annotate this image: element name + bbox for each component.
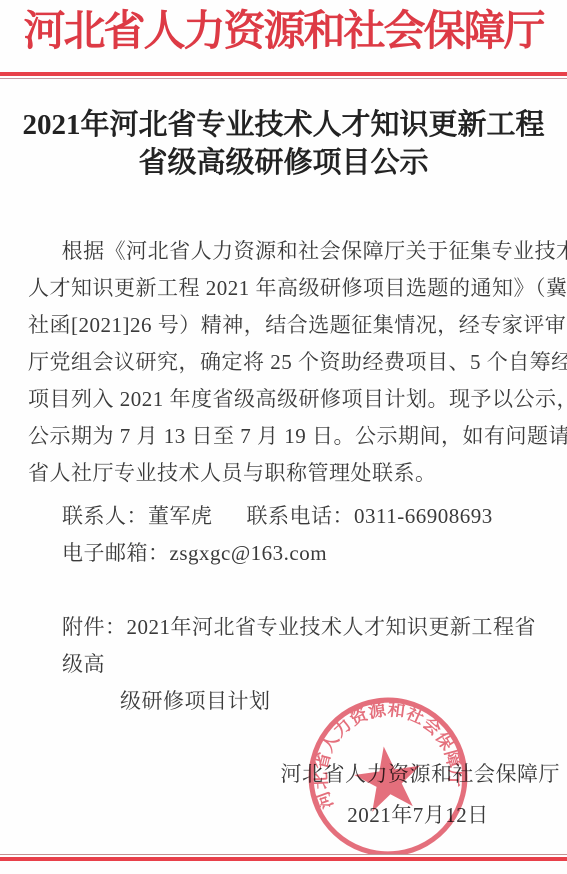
document-title: 2021年河北省专业技术人才知识更新工程 省级高级研修项目公示 — [0, 106, 567, 182]
body-line: 人才知识更新工程 2021 年高级研修项目选题的通知》（冀人 — [28, 270, 545, 307]
contact-phone-number: 0311-66908693 — [354, 504, 493, 528]
contact-person-label: 联系人： — [62, 504, 148, 528]
body-line: 根据《河北省人力资源和社会保障厅关于征集专业技术 — [28, 233, 545, 270]
announcement-document: 河北省人力资源和社会保障厅 2021年河北省专业技术人才知识更新工程 省级高级研… — [0, 0, 567, 874]
masthead-divider-rule — [0, 72, 567, 79]
attachment-block: 附件：2021年河北省专业技术人才知识更新工程省级高 级研修项目计划 — [62, 609, 545, 720]
attachment-line1: 附件：2021年河北省专业技术人才知识更新工程省级高 — [62, 609, 545, 683]
body-line: 社函[2021]26 号）精神，结合选题征集情况，经专家评审， — [28, 307, 545, 344]
body-line: 省人社厅专业技术人员与职称管理处联系。 — [28, 455, 545, 492]
footer-rule — [0, 854, 567, 861]
contact-block: 联系人：董军虎联系电话：0311-66908693 电子邮箱：zsgxgc@16… — [62, 498, 545, 572]
contact-email-address: zsgxgc@163.com — [170, 541, 328, 565]
document-title-line1: 2021年河北省专业技术人才知识更新工程 — [0, 106, 567, 144]
attachment-line2: 级研修项目计划 — [62, 683, 545, 720]
contact-line-email: 电子邮箱：zsgxgc@163.com — [62, 535, 545, 572]
body-line: 项目列入 2021 年度省级高级研修项目计划。现予以公示， — [28, 381, 545, 418]
body-paragraph: 根据《河北省人力资源和社会保障厅关于征集专业技术 人才知识更新工程 2021 年… — [28, 233, 545, 492]
signature-organization: 河北省人力资源和社会保障厅 — [0, 758, 560, 788]
signature-date: 2021年7月12日 — [332, 799, 504, 829]
document-title-line2: 省级高级研修项目公示 — [0, 144, 567, 182]
contact-phone-label: 联系电话： — [247, 504, 355, 528]
contact-line-person-phone: 联系人：董军虎联系电话：0311-66908693 — [62, 498, 545, 535]
agency-masthead: 河北省人力资源和社会保障厅 — [0, 3, 567, 61]
contact-person-name: 董军虎 — [148, 504, 213, 528]
contact-email-label: 电子邮箱： — [62, 541, 170, 565]
body-line: 公示期为 7 月 13 日至 7 月 19 日。公示期间，如有问题请与 — [28, 418, 545, 455]
body-line: 厅党组会议研究，确定将 25 个资助经费项目、5 个自筹经费 — [28, 344, 545, 381]
